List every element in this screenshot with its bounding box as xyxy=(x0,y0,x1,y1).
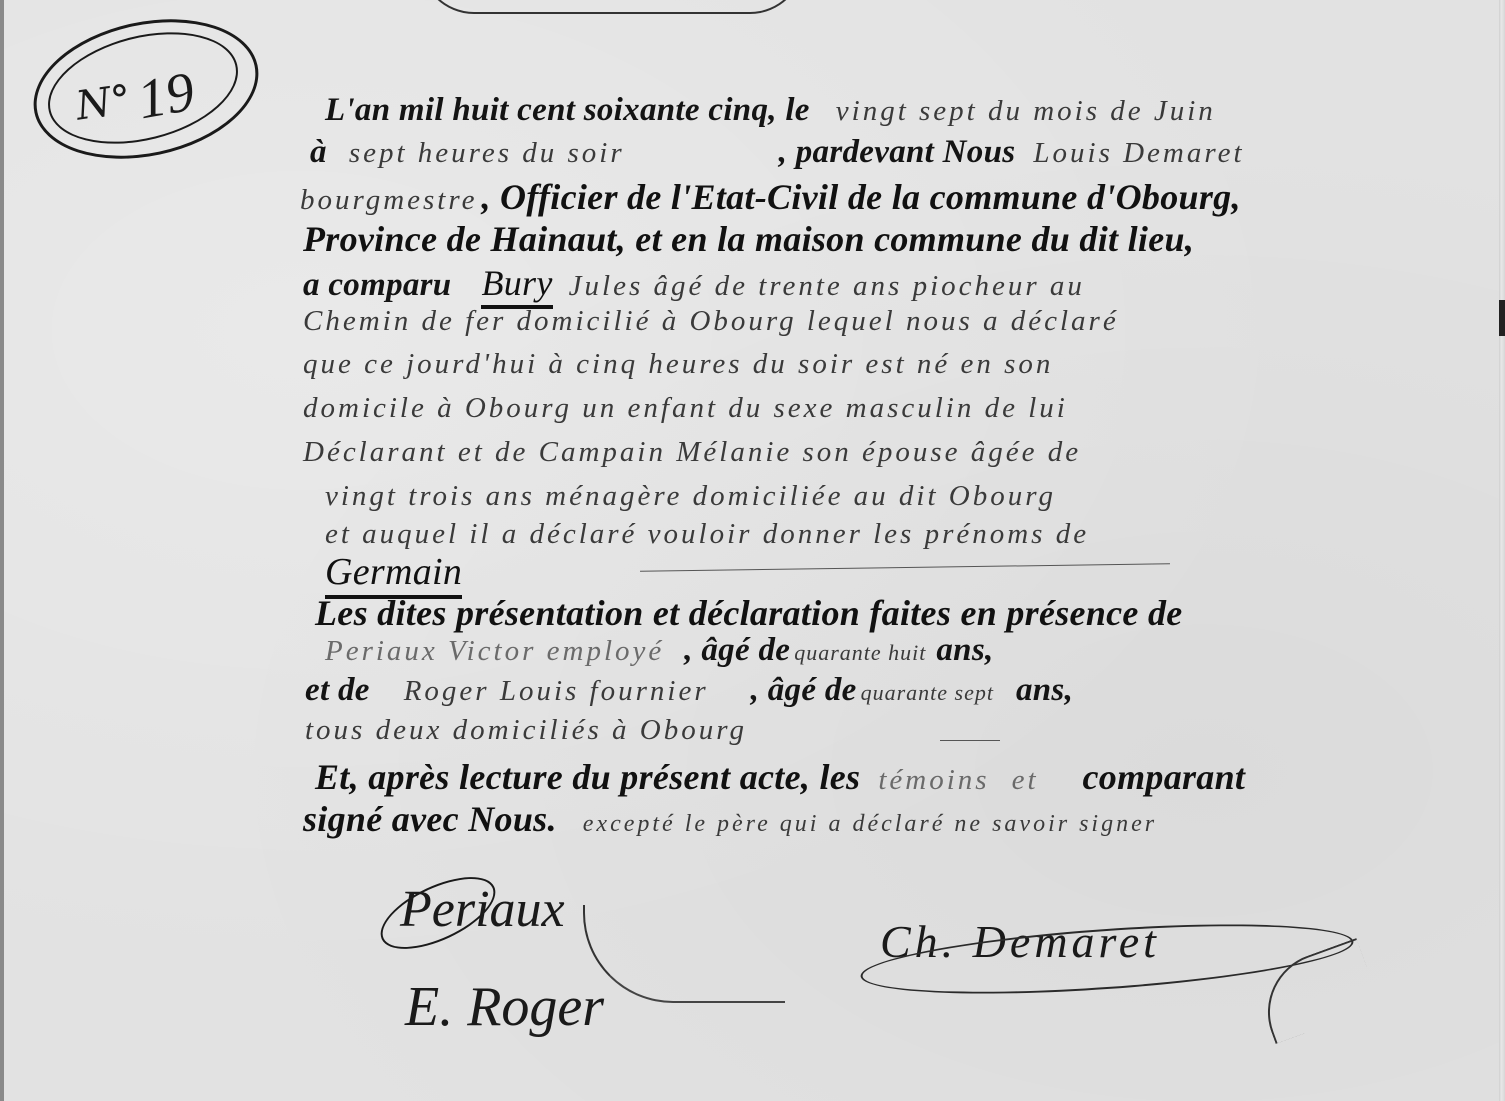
page-right-edge xyxy=(1499,0,1505,1101)
fill-dash xyxy=(640,563,1170,571)
record-line-8: domicile à Obourg un enfant du sexe masc… xyxy=(303,392,1068,425)
printed-text: à xyxy=(310,134,327,170)
record-line-2: à sept heures du soir , pardevant Nous L… xyxy=(310,134,1245,171)
handwritten-officer-title: bourgmestre xyxy=(300,184,477,216)
handwritten-text: excepté le père qui a déclaré ne savoir … xyxy=(583,811,1157,837)
printed-text: , âgé de xyxy=(751,672,857,708)
printed-text: ans, xyxy=(936,632,993,668)
document-page: N° 19 L'an mil huit cent soixante cinq, … xyxy=(0,0,1505,1101)
act-number-label: N° xyxy=(73,76,134,129)
record-line-3: bourgmestre , Officier de l'Etat-Civil d… xyxy=(300,176,1241,218)
printed-text: , Officier de l'Etat-Civil de la commune… xyxy=(481,177,1240,217)
handwritten-text: témoins xyxy=(878,764,989,796)
signature-flourish xyxy=(583,905,785,1003)
signature-witness-roger: E. Roger xyxy=(405,975,604,1039)
record-line-17: Et, après lecture du présent acte, les t… xyxy=(315,756,1245,798)
record-line-15: et de Roger Louis fournier , âgé de quar… xyxy=(305,672,1073,709)
record-line-1: L'an mil huit cent soixante cinq, le vin… xyxy=(325,92,1216,129)
printed-text: et de xyxy=(305,672,370,708)
handwritten-age: quarante sept xyxy=(861,680,994,705)
fill-dash xyxy=(940,740,1000,741)
handwritten-age: quarante huit xyxy=(794,640,926,665)
handwritten-witness-1: Periaux Victor employé xyxy=(325,635,664,667)
printed-text: ans, xyxy=(1016,672,1073,708)
printed-text: Province de Hainaut, et en la maison com… xyxy=(303,219,1194,259)
printed-text: Et, après lecture du présent acte, les xyxy=(315,757,860,797)
signature-witness-periaux: Periaux xyxy=(380,880,565,939)
binding-mark xyxy=(1499,300,1505,336)
handwritten-officer-name: Louis Demaret xyxy=(1033,137,1244,169)
handwritten-text: domicile à Obourg un enfant du sexe masc… xyxy=(303,392,1068,424)
signature-officer: Ch. Demaret xyxy=(880,915,1160,968)
printed-text: , âgé de xyxy=(684,632,790,668)
handwritten-date: vingt sept du mois de Juin xyxy=(836,95,1216,127)
handwritten-text: Chemin de fer domicilié à Obourg lequel … xyxy=(303,305,1119,337)
handwritten-witness-2: Roger Louis fournier xyxy=(404,675,709,707)
record-line-9: Déclarant et de Campain Mélanie son épou… xyxy=(303,436,1081,469)
handwritten-text: tous deux domiciliés à Obourg xyxy=(305,714,747,746)
printed-text: a comparu xyxy=(303,267,451,303)
handwritten-text: vingt trois ans ménagère domiciliée au d… xyxy=(325,480,1056,512)
record-line-4: Province de Hainaut, et en la maison com… xyxy=(303,218,1194,260)
handwritten-text: Jules âgé de trente ans piocheur au xyxy=(569,270,1085,302)
handwritten-text: et auquel il a déclaré vouloir donner le… xyxy=(325,518,1089,550)
handwritten-text: et xyxy=(1012,764,1039,796)
printed-text: , pardevant Nous xyxy=(779,134,1016,170)
record-line-16: tous deux domiciliés à Obourg xyxy=(305,714,747,747)
handwritten-text: que ce jourd'hui à cinq heures du soir e… xyxy=(303,348,1053,380)
record-line-12: Germain xyxy=(325,550,462,594)
page-left-edge xyxy=(0,0,4,1101)
printed-text: comparant xyxy=(1083,757,1246,797)
previous-signature-flourish xyxy=(420,0,804,14)
act-number-value: 19 xyxy=(133,60,199,133)
record-line-13: Les dites présentation et déclaration fa… xyxy=(315,592,1183,634)
record-line-14: Periaux Victor employé , âgé de quarante… xyxy=(325,632,994,669)
printed-text: Les dites présentation et déclaration fa… xyxy=(315,593,1183,633)
printed-text: L'an mil huit cent soixante cinq, le xyxy=(325,92,810,128)
act-number-stamp: N° 19 xyxy=(32,18,232,158)
record-line-7: que ce jourd'hui à cinq heures du soir e… xyxy=(303,348,1053,381)
printed-text: signé avec Nous. xyxy=(303,799,557,839)
handwritten-time: sept heures du soir xyxy=(349,137,625,169)
record-line-18: signé avec Nous. excepté le père qui a d… xyxy=(303,798,1157,840)
handwritten-text: Déclarant et de Campain Mélanie son épou… xyxy=(303,436,1081,468)
record-line-10: vingt trois ans ménagère domiciliée au d… xyxy=(325,480,1056,513)
declarant-surname: Bury xyxy=(481,263,552,309)
record-line-5: a comparu Bury Jules âgé de trente ans p… xyxy=(303,262,1085,304)
record-line-6: Chemin de fer domicilié à Obourg lequel … xyxy=(303,305,1119,338)
record-line-11: et auquel il a déclaré vouloir donner le… xyxy=(325,518,1089,551)
